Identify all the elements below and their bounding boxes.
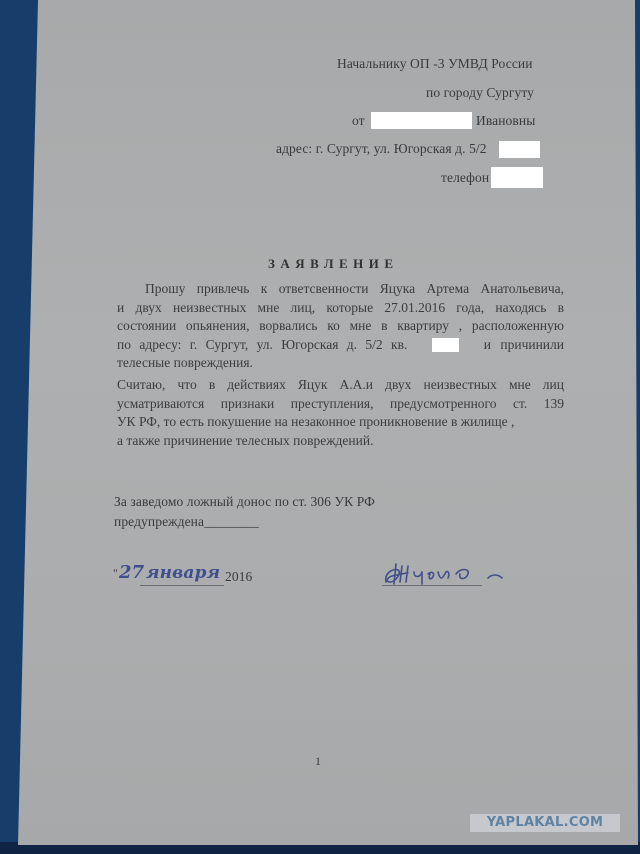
paragraph-line-part: по адресу: г. Сургут, ул. Югорская д. 5/… — [117, 336, 407, 355]
paragraph-line: Прошу привлечь к ответсвенности Яцука Ар… — [117, 280, 564, 299]
date-year: 2016 — [225, 569, 252, 585]
date-day-handwritten: 27 — [119, 562, 144, 583]
watermark: YAPLAKAL.COM — [470, 814, 620, 832]
date-underline — [140, 585, 224, 586]
false-report-warning: За заведомо ложный донос по ст. 306 УК Р… — [114, 494, 375, 510]
paragraph-line: Считаю, что в действиях Яцук А.А.и двух … — [117, 376, 564, 395]
paragraph-assessment: Считаю, что в действиях Яцук А.А.и двух … — [117, 376, 564, 450]
paragraph-line: а также причинение телесных повреждений. — [117, 432, 564, 451]
watermark-text: YAPLAKAL.COM — [470, 814, 620, 832]
paragraph-line-part: и причинили — [484, 336, 564, 355]
from-suffix: Ивановны — [476, 113, 535, 129]
signature-icon — [380, 560, 530, 590]
redacted-name — [371, 112, 472, 129]
document-title: ЗАЯВЛЕНИЕ — [268, 256, 399, 272]
paragraph-line: состоянии опьянения, ворвались ко мне в … — [117, 317, 564, 336]
redacted-phone — [491, 167, 543, 188]
page-number: 1 — [315, 754, 321, 769]
paragraph-line-with-redaction: по адресу: г. Сургут, ул. Югорская д. 5/… — [117, 336, 564, 355]
paragraph-line: УК РФ, то есть покушение на незаконное п… — [117, 413, 564, 432]
redacted-apartment-number — [432, 338, 459, 352]
redacted-apartment — [499, 141, 540, 158]
paragraph-line: усматриваются признаки преступления, пре… — [117, 395, 564, 414]
from-prefix: от — [352, 113, 365, 129]
paragraph-line: и двух неизвестных мне лиц, которые 27.0… — [117, 299, 564, 318]
paragraph-request: Прошу привлечь к ответсвенности Яцука Ар… — [117, 280, 564, 373]
phone-label: телефон — [441, 170, 489, 186]
warned-line: предупреждена________ — [114, 514, 259, 530]
applicant-address: адрес: г. Сургут, ул. Югорская д. 5/2 — [276, 141, 487, 157]
paragraph-line: телесные повреждения. — [117, 354, 564, 373]
date-quote: " — [113, 566, 118, 581]
addressee-line-2: по городу Сургуту — [426, 85, 534, 101]
date-month-handwritten: января — [146, 563, 220, 583]
addressee-line-1: Начальнику ОП -3 УМВД России — [337, 56, 533, 72]
